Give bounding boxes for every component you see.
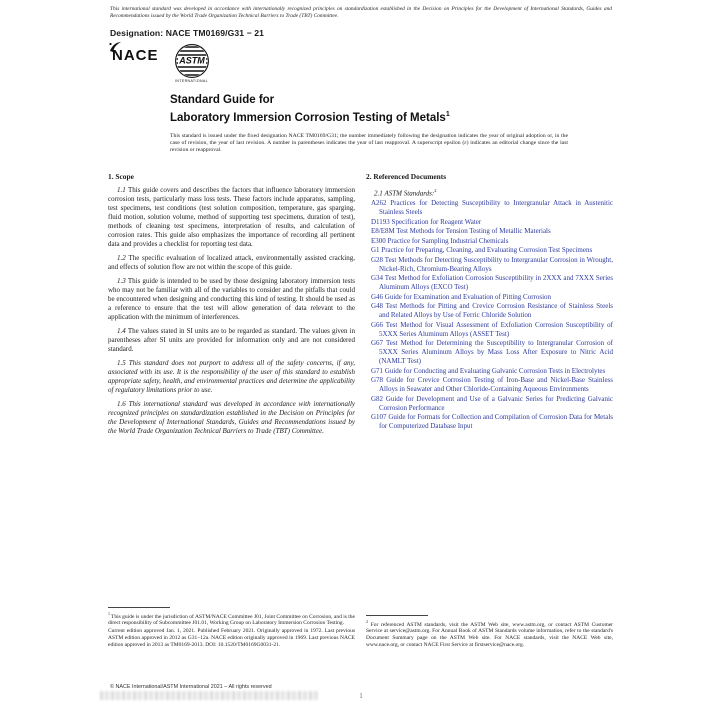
reference-link-G82[interactable]: G82 Guide for Development and Use of a G…: [366, 395, 613, 413]
reference-link-A262[interactable]: A262 Practices for Detecting Susceptibil…: [366, 199, 613, 217]
footnote-block-2: 2 For referenced ASTM standards, visit t…: [366, 615, 613, 650]
reference-link-G1[interactable]: G1 Practice for Preparing, Cleaning, and…: [366, 246, 613, 255]
reference-list: A262 Practices for Detecting Susceptibil…: [366, 199, 613, 432]
footnote-1-paragraph-2: Current edition approved Jan. 1, 2021. P…: [108, 628, 355, 648]
footnote-1: 1 This guide is under the jurisdiction o…: [108, 611, 355, 649]
reference-link-G28[interactable]: G28 Test Methods for Detecting Susceptib…: [366, 256, 613, 274]
reference-link-E8E8M[interactable]: E8/E8M Test Methods for Tension Testing …: [366, 227, 613, 236]
reference-link-G48[interactable]: G48 Test Methods for Pitting and Crevice…: [366, 302, 613, 320]
section-heading-referenced-documents: 2. Referenced Documents: [366, 172, 613, 181]
astm-logo: ASTM INTERNATIONAL: [175, 44, 209, 83]
subsection-astm-standards: 2.1 ASTM Standards:2: [366, 186, 613, 198]
svg-text:ASTM: ASTM: [178, 56, 205, 66]
standard-document-page: This international standard was develope…: [0, 0, 722, 722]
astm-logo-subtext: INTERNATIONAL: [175, 79, 208, 83]
logo-row: NACE ASTM INTERNATION: [112, 43, 722, 90]
astm-seal-icon: ASTM: [175, 44, 209, 78]
title-line-2: Laboratory Immersion Corrosion Testing o…: [170, 108, 722, 125]
designation-line: Designation: NACE TM0169/G31 − 21: [110, 28, 722, 38]
document-title: Standard Guide for Laboratory Immersion …: [170, 93, 722, 125]
footnote-block-1: 1 This guide is under the jurisdiction o…: [108, 607, 355, 650]
scope-paragraph-1.2: 1.2 The specific evaluation of localized…: [108, 254, 355, 272]
scope-paragraph-1.5: 1.5 This standard does not purport to ad…: [108, 359, 355, 395]
reference-link-G66[interactable]: G66 Test Method for Visual Assessment of…: [366, 321, 613, 339]
scope-paragraph-1.3: 1.3 This guide is intended to be used by…: [108, 277, 355, 322]
scope-paragraph-1.6: 1.6 This international standard was deve…: [108, 400, 355, 436]
issuance-note: This standard is issued under the fixed …: [170, 133, 568, 155]
footnote-1-paragraph-1: 1 This guide is under the jurisdiction o…: [108, 611, 355, 627]
reference-link-G107[interactable]: G107 Guide for Formats for Collection an…: [366, 413, 613, 431]
scope-paragraphs: 1.1 This guide covers and describes the …: [108, 186, 355, 441]
title-footnote-marker: 1: [446, 111, 450, 118]
page-number: 1: [0, 692, 722, 700]
title-line-1: Standard Guide for: [170, 93, 722, 108]
reference-link-E300[interactable]: E300 Practice for Sampling Industrial Ch…: [366, 237, 613, 246]
nace-logo: NACE: [112, 47, 159, 64]
nace-emblem-icon: [108, 40, 122, 58]
footnote-rule-right: [366, 615, 428, 616]
reference-link-G46[interactable]: G46 Guide for Examination and Evaluation…: [366, 293, 613, 302]
two-column-body: 1. Scope 1.1 This guide covers and descr…: [108, 172, 613, 650]
scope-paragraph-1.4: 1.4 The values stated in SI units are to…: [108, 327, 355, 354]
footnote-2: 2 For referenced ASTM standards, visit t…: [366, 619, 613, 649]
reference-link-D1193[interactable]: D1193 Specification for Reagent Water: [366, 218, 613, 227]
top-disclaimer: This international standard was develope…: [110, 6, 612, 19]
footnote-rule-left: [108, 607, 170, 608]
left-column: 1. Scope 1.1 This guide covers and descr…: [108, 172, 355, 650]
right-column: 2. Referenced Documents 2.1 ASTM Standar…: [366, 172, 613, 650]
reference-link-G34[interactable]: G34 Test Method for Exfoliation Corrosio…: [366, 274, 613, 292]
reference-link-G78[interactable]: G78 Guide for Crevice Corrosion Testing …: [366, 376, 613, 394]
copyright-line: © NACE International/ASTM International …: [110, 684, 272, 690]
section-heading-scope: 1. Scope: [108, 172, 355, 181]
reference-link-G71[interactable]: G71 Guide for Conducting and Evaluating …: [366, 367, 613, 376]
scope-paragraph-1.1: 1.1 This guide covers and describes the …: [108, 186, 355, 249]
reference-link-G67[interactable]: G67 Test Method for Determining the Susc…: [366, 339, 613, 366]
